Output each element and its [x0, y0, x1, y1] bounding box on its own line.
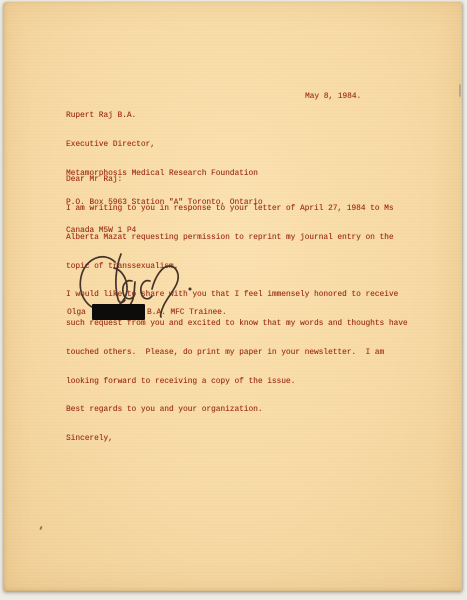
- signature-stroke-g2: [141, 281, 152, 299]
- scanned-letter: Rupert Raj B.A. Executive Director, Meta…: [0, 0, 467, 600]
- salutation: Dear Mr Raj:: [66, 176, 408, 186]
- scan-speck: [39, 526, 43, 530]
- body-line: I am writing to you in response to your …: [66, 205, 408, 215]
- body-line: looking forward to receiving a copy of t…: [66, 378, 408, 388]
- letter-page: Rupert Raj B.A. Executive Director, Meta…: [3, 2, 462, 591]
- signature-pen-dot: [189, 288, 192, 291]
- typed-name-suffix: B.A. MFC Trainee.: [147, 309, 227, 319]
- redaction-box: [92, 304, 145, 320]
- body-line: Best regards to you and your organizatio…: [66, 406, 408, 416]
- recipient-line: Rupert Raj B.A.: [66, 112, 263, 122]
- body-line: touched others. Please, do print my pape…: [66, 349, 408, 359]
- typed-name-prefix: Olga: [67, 309, 86, 319]
- letter-date: May 8, 1984.: [305, 93, 361, 103]
- body-line: Alberta Mazat requesting permission to r…: [66, 234, 408, 244]
- recipient-line: Executive Director,: [66, 141, 263, 151]
- scan-edge-mark: [459, 84, 461, 97]
- body-line: Sincerely,: [66, 435, 408, 445]
